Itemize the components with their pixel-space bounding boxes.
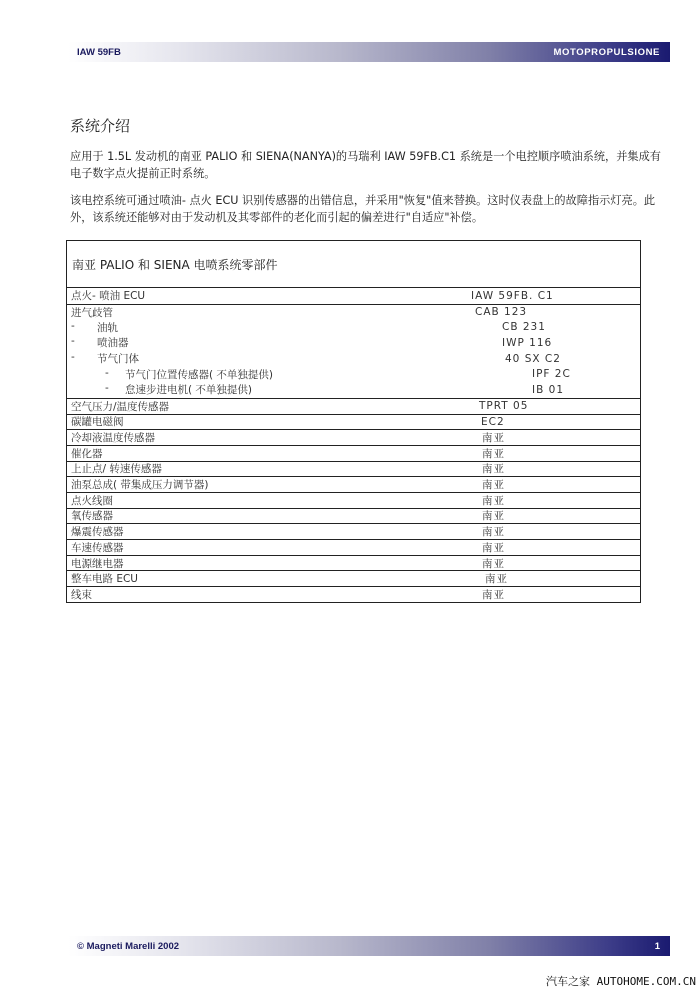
part-code: 南亚: [471, 477, 640, 492]
part-name: 氧传感器: [67, 508, 471, 523]
list-dash: -: [71, 335, 75, 347]
table-row: 电源继电器 南亚: [67, 555, 640, 571]
part-name: -节气门体: [67, 351, 497, 366]
part-code: CAB 123: [471, 306, 640, 318]
header-section-label: MOTOPROPULSIONE: [554, 47, 670, 58]
footer-bar: © Magneti Marelli 2002 1: [68, 936, 670, 956]
table-row: -怠速步进电机( 不单独提供) IB 01: [67, 382, 640, 398]
part-name: 电源继电器: [67, 556, 471, 571]
table-row: 整车电路 ECU 南亚: [67, 570, 640, 586]
table-row: 氧传感器 南亚: [67, 508, 640, 524]
part-code: 40 SX C2: [497, 353, 640, 365]
part-name-text: 油轨: [97, 322, 118, 334]
list-dash: -: [105, 367, 109, 379]
watermark: 汽车之家 AUTOHOME.COM.CN: [546, 973, 696, 989]
part-code: IAW 59FB. C1: [471, 290, 640, 302]
part-name: -喷油器: [67, 335, 497, 350]
part-name: 爆震传感器: [67, 524, 471, 539]
part-name: 上止点/ 转速传感器: [67, 461, 471, 476]
part-code: 南亚: [471, 524, 640, 539]
part-code: 南亚: [471, 540, 640, 555]
table-row: 爆震传感器 南亚: [67, 523, 640, 539]
part-code: 南亚: [471, 508, 640, 523]
part-code: TPRT 05: [471, 400, 640, 412]
section-title: 系统介绍: [70, 115, 130, 136]
part-code: 南亚: [471, 587, 640, 602]
header-bar: IAW 59FB MOTOPROPULSIONE: [68, 42, 670, 62]
page-number: 1: [655, 941, 670, 952]
part-name: 进气歧管: [67, 305, 471, 320]
table-row: 点火线圈 南亚: [67, 492, 640, 508]
part-name: 碳罐电磁阀: [67, 414, 471, 429]
table-row: -节气门位置传感器( 不单独提供) IPF 2C: [67, 366, 640, 382]
footer-copyright: © Magneti Marelli 2002: [68, 941, 179, 952]
part-name: -油轨: [67, 320, 497, 335]
part-name: 线束: [67, 587, 471, 602]
part-code: 南亚: [471, 493, 640, 508]
part-name: 催化器: [67, 446, 471, 461]
part-code: 南亚: [471, 461, 640, 476]
parts-table: 南亚 PALIO 和 SIENA 电喷系统零部件 点火- 喷油 ECU IAW …: [66, 240, 641, 603]
list-dash: -: [71, 320, 75, 332]
part-code: IPF 2C: [525, 368, 640, 380]
table-row: 上止点/ 转速传感器 南亚: [67, 461, 640, 477]
table-row: -节气门体 40 SX C2: [67, 351, 640, 367]
part-code: 南亚: [471, 446, 640, 461]
part-name: 点火- 喷油 ECU: [67, 288, 471, 303]
table-row: 碳罐电磁阀 EC2: [67, 414, 640, 430]
part-code: 南亚: [471, 556, 640, 571]
intro-paragraph-2: 该电控系统可通过喷油- 点火 ECU 识别传感器的出错信息，并采用"恢复"值来替…: [70, 193, 670, 226]
part-name: 空气压力/温度传感器: [67, 399, 471, 414]
table-row: 点火- 喷油 ECU IAW 59FB. C1: [67, 288, 640, 304]
part-code: 南亚: [471, 571, 640, 586]
part-code: 南亚: [471, 430, 640, 445]
part-name: 车速传感器: [67, 540, 471, 555]
table-row: 空气压力/温度传感器 TPRT 05: [67, 398, 640, 414]
part-name-text: 怠速步进电机( 不单独提供): [125, 384, 252, 396]
table-row: 车速传感器 南亚: [67, 539, 640, 555]
part-name: 点火线圈: [67, 493, 471, 508]
part-name: -怠速步进电机( 不单独提供): [67, 382, 525, 397]
part-code: IWP 116: [497, 337, 640, 349]
intro-paragraph-1: 应用于 1.5L 发动机的南亚 PALIO 和 SIENA(NANYA)的马瑞利…: [70, 149, 670, 182]
list-dash: -: [71, 351, 75, 363]
part-name: -节气门位置传感器( 不单独提供): [67, 367, 525, 382]
table-row: 催化器 南亚: [67, 445, 640, 461]
table-row: 线束 南亚: [67, 586, 640, 602]
table-row: -油轨 CB 231: [67, 319, 640, 335]
part-name-text: 节气门位置传感器( 不单独提供): [125, 369, 273, 381]
part-code: EC2: [471, 416, 640, 428]
table-row: 油泵总成( 带集成压力调节器) 南亚: [67, 476, 640, 492]
part-code: IB 01: [525, 384, 640, 396]
part-name: 冷却液温度传感器: [67, 430, 471, 445]
part-name: 油泵总成( 带集成压力调节器): [67, 477, 471, 492]
part-name: 整车电路 ECU: [67, 571, 471, 586]
table-row: 冷却液温度传感器 南亚: [67, 429, 640, 445]
table-row: 进气歧管 CAB 123: [67, 304, 640, 320]
part-name-text: 喷油器: [97, 337, 129, 349]
header-product-label: IAW 59FB: [68, 47, 121, 58]
part-name-text: 节气门体: [97, 353, 139, 365]
part-code: CB 231: [497, 321, 640, 333]
parts-table-title: 南亚 PALIO 和 SIENA 电喷系统零部件: [67, 241, 640, 288]
list-dash: -: [105, 382, 109, 394]
table-row: -喷油器 IWP 116: [67, 335, 640, 351]
